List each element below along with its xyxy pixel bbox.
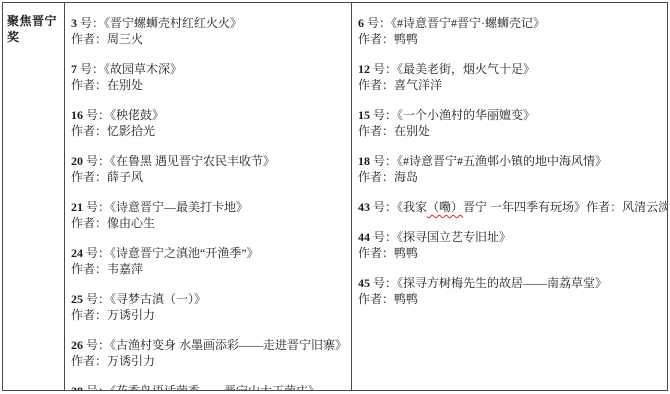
entry-number: 44 [358,230,370,244]
entry-title: 《#诗意晋宁#五渔邨小镇的地中海风情》 [397,154,607,168]
entry-21: 21号：《诗意晋宁—最美打卡地》作者：像由心生 [71,199,345,231]
entry-number-label: 号： [86,292,110,306]
entry-title-line: 6号：《#诗意晋宁#晋宁·螺蛳壳记》 [358,15,661,31]
entry-title: 《在鲁黑 遇见晋宁农民丰收节》 [110,154,275,168]
entry-title: 《我家 [397,200,427,214]
entry-number-label: 号： [80,16,104,30]
entry-number-label: 号： [86,384,110,390]
entry-title: 《一个小渔村的华丽嬗变》 [397,108,535,122]
entry-number: 15 [358,108,370,122]
category-label: 聚焦晋宁奖 [7,13,62,45]
entry-number-label: 号： [373,200,397,214]
entry-title-line: 21号：《诗意晋宁—最美打卡地》 [71,199,345,215]
entry-number: 26 [71,338,83,352]
entry-author: 作者：鸭鸭 [358,291,661,307]
entry-12: 12号：《最美老街，烟火气十足》作者：喜气洋洋 [358,61,661,93]
entry-title-line: 12号：《最美老街，烟火气十足》 [358,61,661,77]
entry-number: 45 [358,276,370,290]
entry-author: 作者：在别处 [71,77,345,93]
flagged-word: （嘞） [427,200,463,214]
entries-column-right: 6号：《#诗意晋宁#晋宁·螺蛳壳记》作者：鸭鸭12号：《最美老街，烟火气十足》作… [352,3,667,390]
entry-3: 3号：《晋宁螺蛳壳村红红火火》作者：周三火 [71,15,345,47]
entry-author: 作者：鸭鸭 [358,31,661,47]
entry-author: 作者：韦嘉萍 [71,261,345,277]
entry-number: 12 [358,62,370,76]
entry-title-line: 18号：《#诗意晋宁#五渔邨小镇的地中海风情》 [358,153,661,169]
award-entries-table: 聚焦晋宁奖 3号：《晋宁螺蛳壳村红红火火》作者：周三火7号：《故园草木深》作者：… [2,2,668,391]
entry-number-label: 号： [86,338,110,352]
entry-20: 20号：《在鲁黑 遇见晋宁农民丰收节》作者：薛子风 [71,153,345,185]
entry-26: 26号：《古渔村变身 水墨画添彩——走进晋宁旧寨》作者：万诱引力 [71,337,345,369]
entry-title: 晋宁 一年四季有玩场》 [463,200,586,214]
entry-author: 作者：在别处 [358,123,661,139]
entry-number: 3 [71,16,77,30]
entry-24: 24号：《诗意晋宁之滇池“开渔季”》作者：韦嘉萍 [71,245,345,277]
entry-7: 7号：《故园草木深》作者：在别处 [71,61,345,93]
entry-number: 28 [71,384,83,390]
entry-25: 25号：《寻梦古滇（一）》作者：万诱引力 [71,291,345,323]
entry-number-label: 号： [86,246,110,260]
entry-number-label: 号： [86,154,110,168]
entry-15: 15号：《一个小渔村的华丽嬗变》作者：在别处 [358,107,661,139]
entries-column-left: 3号：《晋宁螺蛳壳村红红火火》作者：周三火7号：《故园草木深》作者：在别处16号… [65,3,352,390]
entry-number-label: 号： [373,230,397,244]
entry-title: 《探寻方树梅先生的故居——南荔草堂》 [397,276,607,290]
entry-title: 《晋宁螺蛳壳村红红火火》 [104,16,242,30]
entry-number: 20 [71,154,83,168]
entry-title: 《寻梦古滇（一）》 [110,292,206,306]
entry-number: 25 [71,292,83,306]
entry-title: 《探寻国立艺专旧址》 [397,230,511,244]
entry-author: 作者：薛子风 [71,169,345,185]
entry-number-label: 号： [373,62,397,76]
entry-author: 作者：喜气洋洋 [358,77,661,93]
entry-title-line: 28号：《花香鸟语话菌香——晋宁山大王菌庄》 [71,383,345,390]
entry-title: 《最美老街，烟火气十足》 [397,62,535,76]
entry-number-label: 号： [80,62,104,76]
entry-43: 43号：《我家（嘞）晋宁 一年四季有玩场》作者：风清云淡 [358,199,661,215]
entry-title: 《花香鸟语话菌香——晋宁山大王菌庄》 [110,384,320,390]
entry-title-line: 26号：《古渔村变身 水墨画添彩——走进晋宁旧寨》 [71,337,345,353]
entry-title-line: 45号：《探寻方树梅先生的故居——南荔草堂》 [358,275,661,291]
entry-number-label: 号： [373,154,397,168]
entry-18: 18号：《#诗意晋宁#五渔邨小镇的地中海风情》作者：海岛 [358,153,661,185]
entry-title-line: 44号：《探寻国立艺专旧址》 [358,229,661,245]
entry-author: 作者：周三火 [71,31,345,47]
entry-number: 24 [71,246,83,260]
entry-author-inline: 作者：风清云淡 [586,200,667,214]
entry-author: 作者：像由心生 [71,215,345,231]
entry-title-line: 25号：《寻梦古滇（一）》 [71,291,345,307]
entry-number: 16 [71,108,83,122]
entry-number: 18 [358,154,370,168]
entry-title-line: 20号：《在鲁黑 遇见晋宁农民丰收节》 [71,153,345,169]
entry-title: 《#诗意晋宁#晋宁·螺蛳壳记》 [391,16,545,30]
entry-number: 7 [71,62,77,76]
entry-45: 45号：《探寻方树梅先生的故居——南荔草堂》作者：鸭鸭 [358,275,661,307]
entry-number-label: 号： [373,276,397,290]
entry-title-line: 43号：《我家（嘞）晋宁 一年四季有玩场》作者：风清云淡 [358,199,661,215]
entry-title-line: 7号：《故园草木深》 [71,61,345,77]
entry-number-label: 号： [367,16,391,30]
entry-title: 《秧佬鼓》 [110,108,164,122]
entry-title-line: 15号：《一个小渔村的华丽嬗变》 [358,107,661,123]
entry-number-label: 号： [86,200,110,214]
entry-28: 28号：《花香鸟语话菌香——晋宁山大王菌庄》 [71,383,345,390]
entry-title: 《故园草木深》 [104,62,182,76]
entry-number-label: 号： [86,108,110,122]
entry-author: 作者：忆影拾光 [71,123,345,139]
entry-author: 作者：万诱引力 [71,307,345,323]
entry-title: 《诗意晋宁—最美打卡地》 [110,200,248,214]
entry-6: 6号：《#诗意晋宁#晋宁·螺蛳壳记》作者：鸭鸭 [358,15,661,47]
category-cell: 聚焦晋宁奖 [3,3,65,390]
entry-44: 44号：《探寻国立艺专旧址》作者：鸭鸭 [358,229,661,261]
entry-number: 6 [358,16,364,30]
entry-number: 43 [358,200,370,214]
entry-16: 16号：《秧佬鼓》作者：忆影拾光 [71,107,345,139]
entry-number-label: 号： [373,108,397,122]
entry-title-line: 16号：《秧佬鼓》 [71,107,345,123]
entry-author: 作者：鸭鸭 [358,245,661,261]
entry-author: 作者：万诱引力 [71,353,345,369]
document-page: 聚焦晋宁奖 3号：《晋宁螺蛳壳村红红火火》作者：周三火7号：《故园草木深》作者：… [0,0,670,394]
entry-author: 作者：海岛 [358,169,661,185]
entry-title-line: 3号：《晋宁螺蛳壳村红红火火》 [71,15,345,31]
entry-title-line: 24号：《诗意晋宁之滇池“开渔季”》 [71,245,345,261]
entry-title: 《古渔村变身 水墨画添彩——走进晋宁旧寨》 [110,338,347,352]
entry-title: 《诗意晋宁之滇池“开渔季”》 [110,246,259,260]
entry-number: 21 [71,200,83,214]
